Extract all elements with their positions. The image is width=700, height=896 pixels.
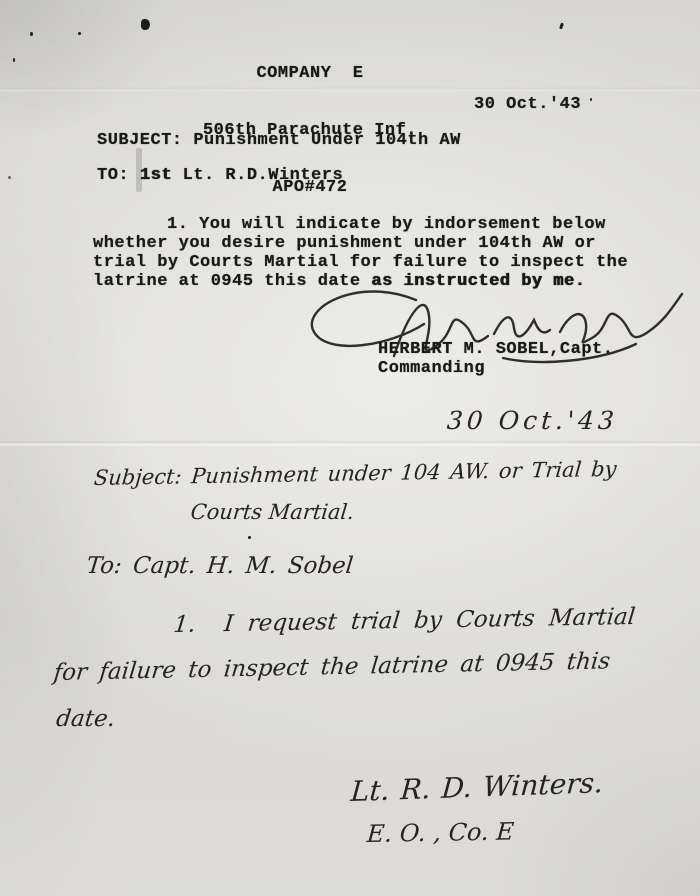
winters-title: E. O. , Co. E xyxy=(366,817,515,848)
hw-body-line-2: for failure to inspect the latrine at 09… xyxy=(52,648,611,686)
typed-signature-title: Commanding xyxy=(378,359,485,378)
hw-to-line: To: Capt. H. M. Sobel xyxy=(85,553,354,579)
hw-date: 30 Oct.'43 xyxy=(446,406,619,435)
paper-speck xyxy=(248,536,251,539)
typed-date: 30 Oct.'43 xyxy=(474,95,581,114)
document-photo: COMPANY E 506th Parachute Inf. APO#472 3… xyxy=(0,0,700,896)
winters-signature: Lt. R. D. Winters. xyxy=(350,766,605,808)
hw-subject-line-2: Courts Martial. xyxy=(189,500,355,524)
body-line-1: 1. You will indicate by indorsement belo… xyxy=(167,215,606,234)
typed-signature-name: HERBERT M. SOBEL,Capt. xyxy=(378,340,613,359)
to-prefix: TO: xyxy=(97,166,140,185)
letterhead-company: COMPANY E xyxy=(110,64,510,83)
paper-speck xyxy=(8,176,11,179)
hw-body-line-3: date. xyxy=(55,706,117,732)
to-line: TO: 1st Lt. R.D.Winters xyxy=(97,166,343,185)
paper-speck xyxy=(13,58,15,62)
paper-speck xyxy=(559,23,564,30)
fold-crease xyxy=(0,440,700,447)
hw-subject-line-1: Subject: Punishment under 104 AW. or Tri… xyxy=(93,457,618,490)
body-line-3: trial by Courts Martial for failure to i… xyxy=(93,253,628,272)
to-name: Lt. R.D.Winters xyxy=(172,166,343,185)
subject-line: SUBJECT: Punishment Under 104th AW xyxy=(97,131,461,150)
sobel-signature xyxy=(298,274,688,374)
to-rank: 1st xyxy=(140,166,172,185)
paper-speck xyxy=(590,98,592,101)
paper-speck xyxy=(78,32,81,35)
sobel-signature-flourish xyxy=(298,274,688,374)
body-line-2: whether you desire punishment under 104t… xyxy=(93,234,596,253)
paper-speck xyxy=(30,32,33,36)
hw-body-line-1: 1. I request trial by Courts Martial xyxy=(172,604,636,638)
